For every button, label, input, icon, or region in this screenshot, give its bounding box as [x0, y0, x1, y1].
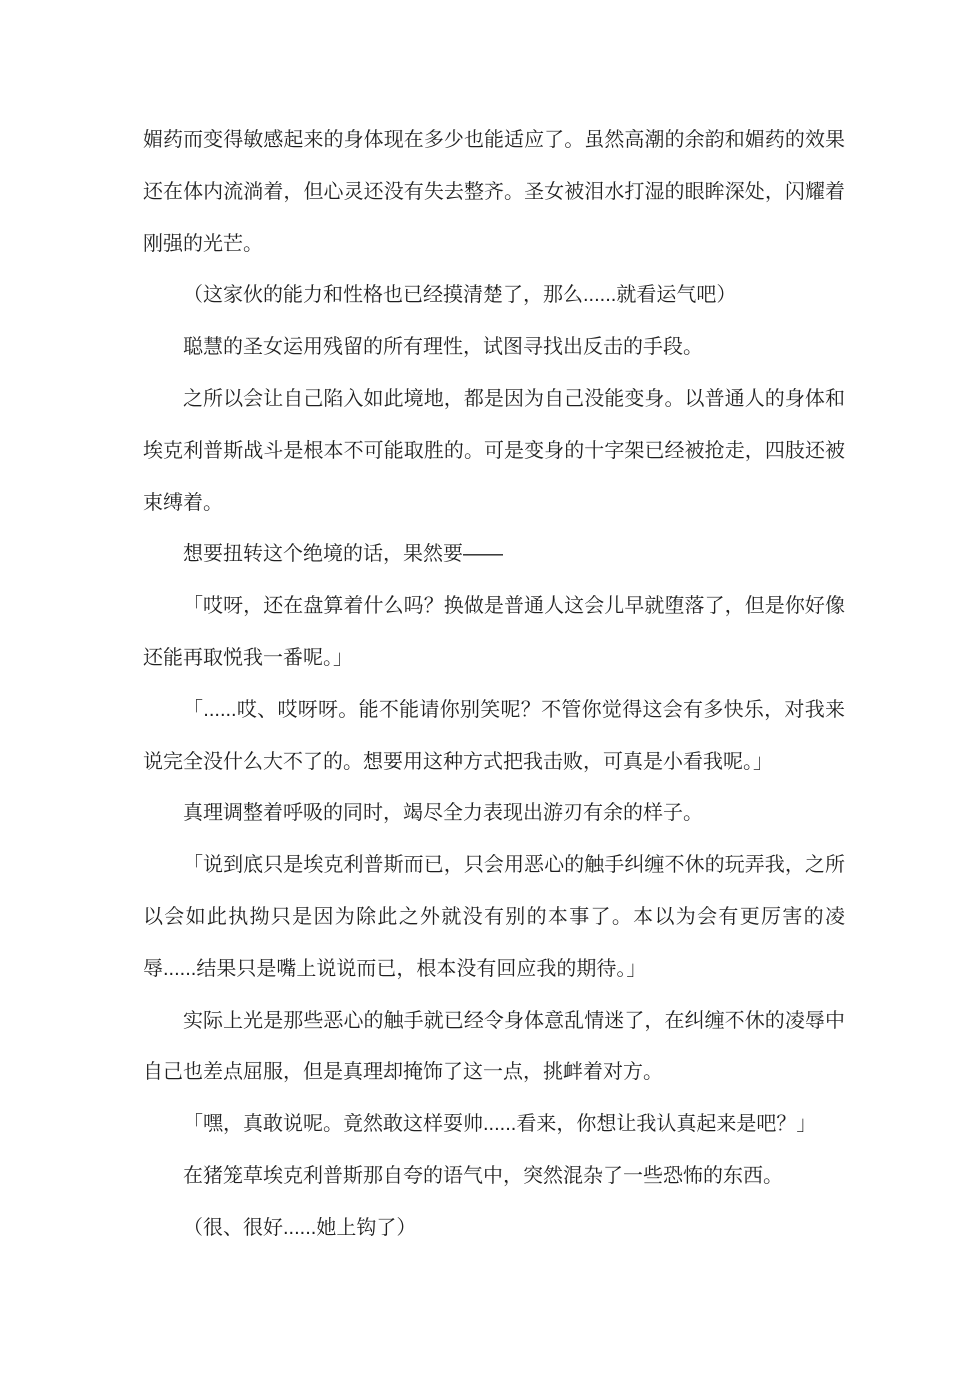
text-line: 刚强的光芒。	[143, 219, 845, 271]
text-line: （这家伙的能力和性格也已经摸清楚了，那么......就看运气吧）	[143, 270, 845, 322]
text-line: 「说到底只是埃克利普斯而已，只会用恶心的触手纠缠不休的玩弄我，之所	[143, 840, 845, 892]
text-line: 「嘿，真敢说呢。竟然敢这样耍帅......看来，你想让我认真起来是吧？」	[143, 1099, 845, 1151]
text-line: 辱......结果只是嘴上说说而已，根本没有回应我的期待。」	[143, 944, 845, 996]
text-line: 「哎呀，还在盘算着什么吗？换做是普通人这会儿早就堕落了，但是你好像	[143, 581, 845, 633]
text-block: 媚药而变得敏感起来的身体现在多少也能适应了。虽然高潮的余韵和媚药的效果还在体内流…	[143, 115, 845, 1255]
text-line: 埃克利普斯战斗是根本不可能取胜的。可是变身的十字架已经被抢走，四肢还被	[143, 426, 845, 478]
text-line: 之所以会让自己陷入如此境地，都是因为自己没能变身。以普通人的身体和	[143, 374, 845, 426]
text-line: 自己也差点屈服，但是真理却掩饰了这一点，挑衅着对方。	[143, 1047, 845, 1099]
text-line: 聪慧的圣女运用残留的所有理性，试图寻找出反击的手段。	[143, 322, 845, 374]
text-line: 说完全没什么大不了的。想要用这种方式把我击败，可真是小看我呢。」	[143, 737, 845, 789]
text-line: 还在体内流淌着，但心灵还没有失去整齐。圣女被泪水打湿的眼眸深处，闪耀着	[143, 167, 845, 219]
text-line: （很、很好......她上钩了）	[143, 1203, 845, 1255]
text-line: 在猪笼草埃克利普斯那自夸的语气中，突然混杂了一些恐怖的东西。	[143, 1151, 845, 1203]
text-line: 以会如此执拗只是因为除此之外就没有别的本事了。本以为会有更厉害的凌	[143, 892, 845, 944]
text-line: 束缚着。	[143, 478, 845, 530]
text-line: 想要扭转这个绝境的话，果然要——	[143, 529, 845, 581]
document-page: 媚药而变得敏感起来的身体现在多少也能适应了。虽然高潮的余韵和媚药的效果还在体内流…	[0, 0, 980, 1386]
text-line: 真理调整着呼吸的同时，竭尽全力表现出游刃有余的样子。	[143, 788, 845, 840]
text-line: 还能再取悦我一番呢。」	[143, 633, 845, 685]
text-line: 「......哎、哎呀呀。能不能请你别笑呢？不管你觉得这会有多快乐，对我来	[143, 685, 845, 737]
text-line: 媚药而变得敏感起来的身体现在多少也能适应了。虽然高潮的余韵和媚药的效果	[143, 115, 845, 167]
text-line: 实际上光是那些恶心的触手就已经令身体意乱情迷了，在纠缠不休的凌辱中	[143, 996, 845, 1048]
